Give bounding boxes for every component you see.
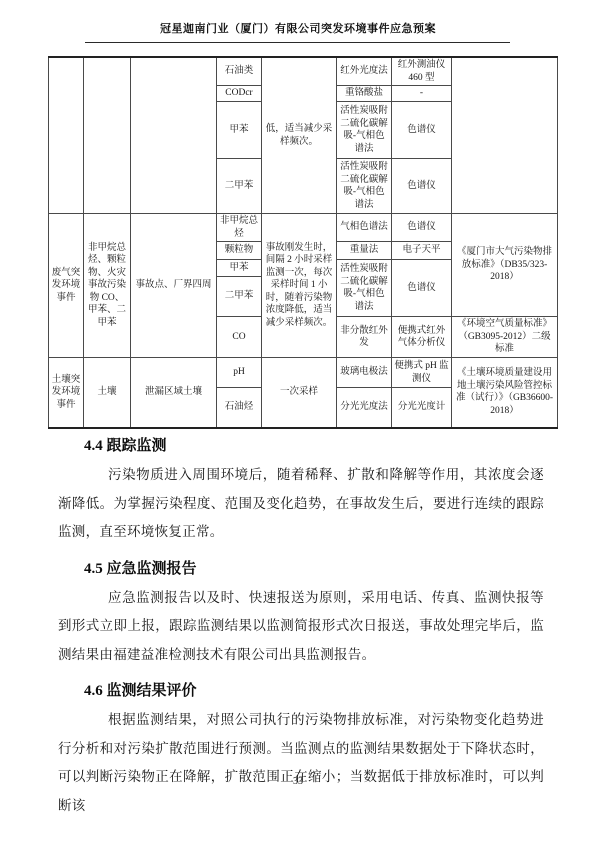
cell-param: 石油烃 (217, 388, 262, 428)
cell-standard-gas: 《厦门市大气污染物排放标准》（DB35/323-2018） (452, 214, 558, 317)
cell-standard-air: 《环境空气质量标准》（GB3095-2012）二级标准 (452, 317, 558, 358)
cell-param: 甲苯 (217, 102, 262, 159)
cell-instrument: 便携式红外气体分析仪 (392, 317, 452, 358)
cell-method: 重量法 (337, 242, 392, 260)
cell-standard-soil: 《土壤环境质量建设用地土壤污染风险管控标准（试行）》（GB36600-2018） (452, 358, 558, 428)
emergency-monitoring-table: 石油类 低，适当减少采样频次。 红外光度法 红外测油仪 460 型 CODcr … (48, 56, 558, 429)
document-page: { "page": { "header_title": "冠星迦南门业（厦门）有… (0, 0, 596, 843)
cell-event-blank (49, 57, 84, 214)
section-heading-4-6: 4.6 监测结果评价 (84, 679, 544, 700)
page-header-title: 冠星迦南门业（厦门）有限公司突发环境事件应急预案 (0, 20, 596, 36)
section-heading-4-4: 4.4 跟踪监测 (84, 434, 544, 455)
cell-method: 活性炭吸附二硫化碳解吸-气相色谱法 (337, 159, 392, 214)
document-body: 4.4 跟踪监测 污染物质进入周围环境后，随着稀释、扩散和降解等作用，其浓度会逐… (58, 424, 544, 824)
cell-param: CO (217, 317, 262, 358)
cell-instrument: 色谱仪 (392, 260, 452, 317)
cell-param: 石油类 (217, 57, 262, 86)
cell-sampling-gas: 事故刚发生时，间隔 2 小时采样监测一次，每次采样时间 1 小时，随着污染物浓度… (262, 214, 337, 358)
cell-method: 红外光度法 (337, 57, 392, 86)
cell-event-soil: 土壤突发环境事件 (49, 358, 84, 428)
cell-param: 二甲苯 (217, 277, 262, 317)
cell-pollutants-gas: 非甲烷总烃、颗粒物、火灾事故污染物 CO、甲苯、二甲苯 (84, 214, 131, 358)
cell-param: 颗粒物 (217, 242, 262, 260)
cell-event-gas: 废气突发环境事件 (49, 214, 84, 358)
cell-method: 非分散红外发 (337, 317, 392, 358)
cell-method: 玻璃电极法 (337, 358, 392, 388)
cell-method: 重铬酸盐 (337, 86, 392, 102)
cell-method: 活性炭吸附二硫化碳解吸-气相色谱法 (337, 102, 392, 159)
cell-method: 气相色谱法 (337, 214, 392, 242)
cell-pollutants-soil: 土壤 (84, 358, 131, 428)
cell-instrument: 红外测油仪 460 型 (392, 57, 452, 86)
section-heading-4-5: 4.5 应急监测报告 (84, 557, 544, 578)
cell-sampling-note: 低，适当减少采样频次。 (262, 57, 337, 214)
cell-instrument: 便携式 pH 监测仪 (392, 358, 452, 388)
cell-instrument: 色谱仪 (392, 159, 452, 214)
cell-location-gas: 事故点、厂界四周 (131, 214, 217, 358)
section-paragraph: 污染物质进入周围环境后，随着稀释、扩散和降解等作用，其浓度会逐渐降低。为掌握污染… (58, 461, 544, 547)
cell-method: 活性炭吸附二硫化碳解吸-气相色谱法 (337, 260, 392, 317)
cell-param: 二甲苯 (217, 159, 262, 214)
cell-instrument: 分光光度计 (392, 388, 452, 428)
cell-instrument: 色谱仪 (392, 214, 452, 242)
section-paragraph: 应急监测报告以及时、快速报送为原则，采用电话、传真、监测快报等到形式立即上报，跟… (58, 584, 544, 670)
cell-location-blank (131, 57, 217, 214)
page-number: 33 (0, 776, 596, 787)
cell-param: 非甲烷总烃 (217, 214, 262, 242)
cell-sampling-soil: 一次采样 (262, 358, 337, 428)
cell-param: 甲苯 (217, 260, 262, 277)
cell-param: pH (217, 358, 262, 388)
cell-param: CODcr (217, 86, 262, 102)
cell-instrument: 电子天平 (392, 242, 452, 260)
cell-instrument: - (392, 86, 452, 102)
table-row: 废气突发环境事件 非甲烷总烃、颗粒物、火灾事故污染物 CO、甲苯、二甲苯 事故点… (49, 214, 558, 242)
table-row: 石油类 低，适当减少采样频次。 红外光度法 红外测油仪 460 型 (49, 57, 558, 86)
cell-location-soil: 泄漏区域土壤 (131, 358, 217, 428)
cell-method: 分光光度法 (337, 388, 392, 428)
section-paragraph: 根据监测结果，对照公司执行的污染物排放标准，对污染物变化趋势进行分析和对污染扩散… (58, 706, 544, 820)
cell-pollutants-blank (84, 57, 131, 214)
table-row: 土壤突发环境事件 土壤 泄漏区域土壤 pH 一次采样 玻璃电极法 便携式 pH … (49, 358, 558, 388)
cell-instrument: 色谱仪 (392, 102, 452, 159)
cell-standard-blank (452, 57, 558, 214)
header-rule (85, 42, 510, 43)
